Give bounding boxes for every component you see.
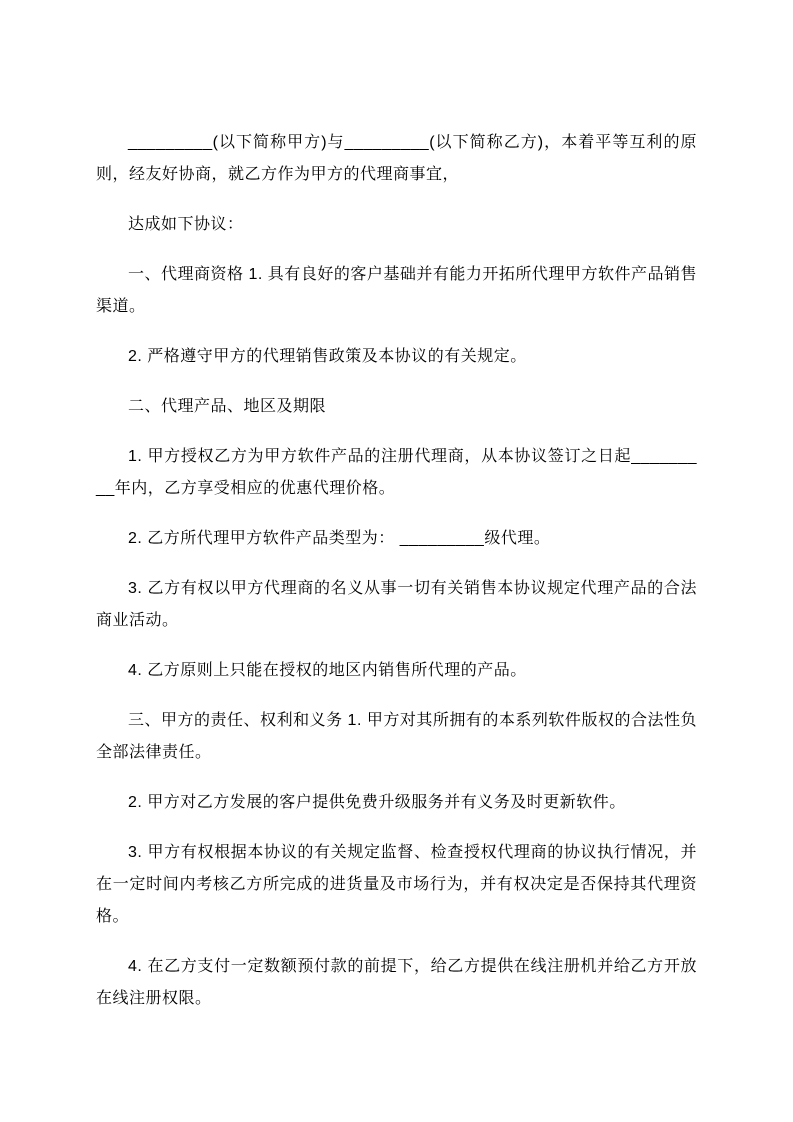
- para-clause2-item4: 4. 乙方原则上只能在授权的地区内销售所代理的产品。: [96, 655, 697, 687]
- para-parties-intro: _________(以下简称甲方)与_________(以下简称乙方)，本着平等…: [96, 127, 697, 191]
- para-clause2-title: 二、代理产品、地区及期限: [96, 391, 697, 423]
- para-clause2-item3: 3. 乙方有权以甲方代理商的名义从事一切有关销售本协议规定代理产品的合法商业活动…: [96, 573, 697, 637]
- para-clause2-item2: 2. 乙方所代理甲方软件产品类型为： _________级代理。: [96, 523, 697, 555]
- para-clause3-item2: 2. 甲方对乙方发展的客户提供免费升级服务并有义务及时更新软件。: [96, 787, 697, 819]
- document-body: _________(以下简称甲方)与_________(以下简称乙方)，本着平等…: [96, 127, 697, 1033]
- para-clause1-item2: 2. 严格遵守甲方的代理销售政策及本协议的有关规定。: [96, 341, 697, 373]
- para-clause3-item4: 4. 在乙方支付一定数额预付款的前提下，给乙方提供在线注册机并给乙方开放在线注册…: [96, 951, 697, 1015]
- document-page: _________(以下简称甲方)与_________(以下简称乙方)，本着平等…: [0, 0, 793, 1122]
- para-clause3-item3: 3. 甲方有权根据本协议的有关规定监督、检查授权代理商的协议执行情况，并在一定时…: [96, 837, 697, 933]
- para-clause3-title-item1: 三、甲方的责任、权利和义务 1. 甲方对其所拥有的本系列软件版权的合法性负全部法…: [96, 705, 697, 769]
- para-agreement-lead: 达成如下协议：: [96, 209, 697, 241]
- para-clause1-title-item1: 一、代理商资格 1. 具有良好的客户基础并有能力开拓所代理甲方软件产品销售渠道。: [96, 259, 697, 323]
- para-clause2-item1: 1. 甲方授权乙方为甲方软件产品的注册代理商，从本协议签订之日起________…: [96, 441, 697, 505]
